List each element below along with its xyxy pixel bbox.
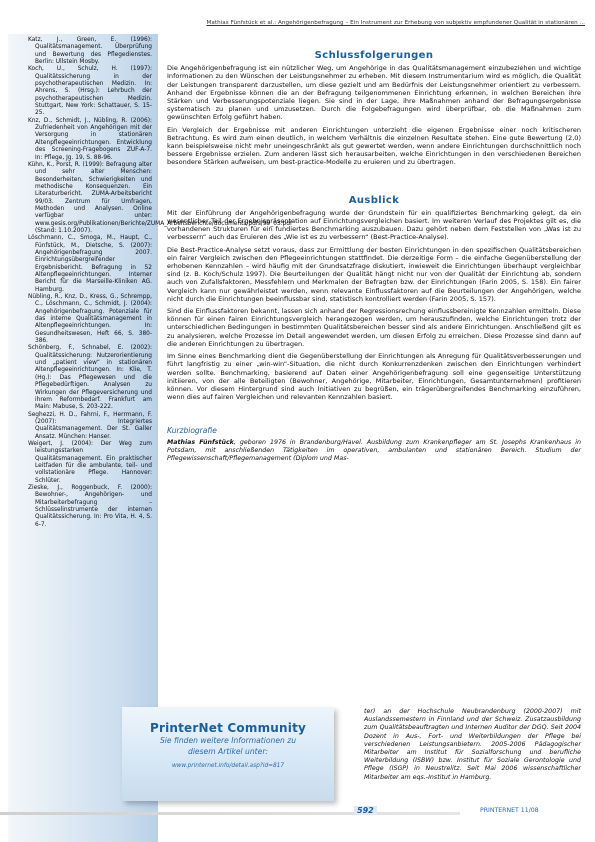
references-list: Katz, J., Green, E. (1996): Qualitätsman… xyxy=(28,37,152,529)
promo-url-link[interactable]: www.printernet.info/detail.asp?id=817 xyxy=(122,763,334,769)
body-paragraph: Im Sinne eines Benchmarking dient die Ge… xyxy=(167,352,581,401)
bio-text-continued: ter) an der Hochschule Neubrandenburg (2… xyxy=(364,708,581,782)
running-head-text: Mathias Fünfstück et al.: Angehörigenbef… xyxy=(207,20,595,26)
body-paragraph: Mit der Einführung der Angehörigenbefrag… xyxy=(167,209,581,242)
reference-item: Löschmann, C., Smoga, M., Haupt, C., Fün… xyxy=(28,235,152,294)
reference-item: Zieske, J., Roggenbuck, F. (2000): Bewoh… xyxy=(28,485,152,529)
section-heading-outlook: Ausblick xyxy=(167,197,581,205)
running-head: Mathias Fünfstück et al.: Angehörigenbef… xyxy=(0,20,595,26)
promo-line-1: Sie finden weitere Informationen zu xyxy=(122,735,334,746)
promo-line-2: diesem Artikel unter: xyxy=(122,746,334,757)
reference-item: Knz, D., Schmidt, J., Nübling, R. (2006)… xyxy=(28,118,152,162)
bio-text-top: Mathias Fünfstück, geboren 1976 in Brand… xyxy=(167,439,581,464)
reference-item: Seghezzi, H. D., Fahrni, F., Herrmann, F… xyxy=(28,412,152,441)
body-paragraph: Die Best-Practice-Analyse setzt voraus, … xyxy=(167,246,581,303)
page-number: 592 xyxy=(354,806,377,815)
reference-item: Katz, J., Green, E. (1996): Qualitätsman… xyxy=(28,37,152,66)
reference-item: Nübling, R., Knz, D., Kress, G., Schremp… xyxy=(28,294,152,345)
reference-item: Schönberg, F., Schnabel, E. (2002): Qual… xyxy=(28,345,152,411)
journal-name: PRINTERNET 11/08 xyxy=(480,807,539,814)
reference-item: Koch, U., Schulz, H. (1997): Qualitätssi… xyxy=(28,66,152,117)
printernet-community-box: PrinterNet Community Sie finden weitere … xyxy=(122,707,334,801)
body-paragraph: Ein Vergleich der Ergebnisse mit anderen… xyxy=(167,126,581,167)
reference-item: Kühn, K., Porst, R. (1999): Befragung al… xyxy=(28,162,152,235)
reference-item: Weigert, J. (2004): Der Weg zum leistung… xyxy=(28,441,152,485)
section-heading-conclusions: Schlussfolgerungen xyxy=(167,52,581,60)
bio-heading: Kurzbiografie xyxy=(167,427,581,435)
main-column: Schlussfolgerungen Die Angehörigenbefrag… xyxy=(167,48,581,463)
body-paragraph: Die Angehörigenbefragung ist ein nützlic… xyxy=(167,64,581,121)
promo-title: PrinterNet Community xyxy=(122,721,334,735)
footer-rule xyxy=(0,812,460,815)
body-paragraph: Sind die Einflussfaktoren bekannt, lasse… xyxy=(167,307,581,348)
bio-author-name: Mathias Fünfstück xyxy=(167,439,234,446)
